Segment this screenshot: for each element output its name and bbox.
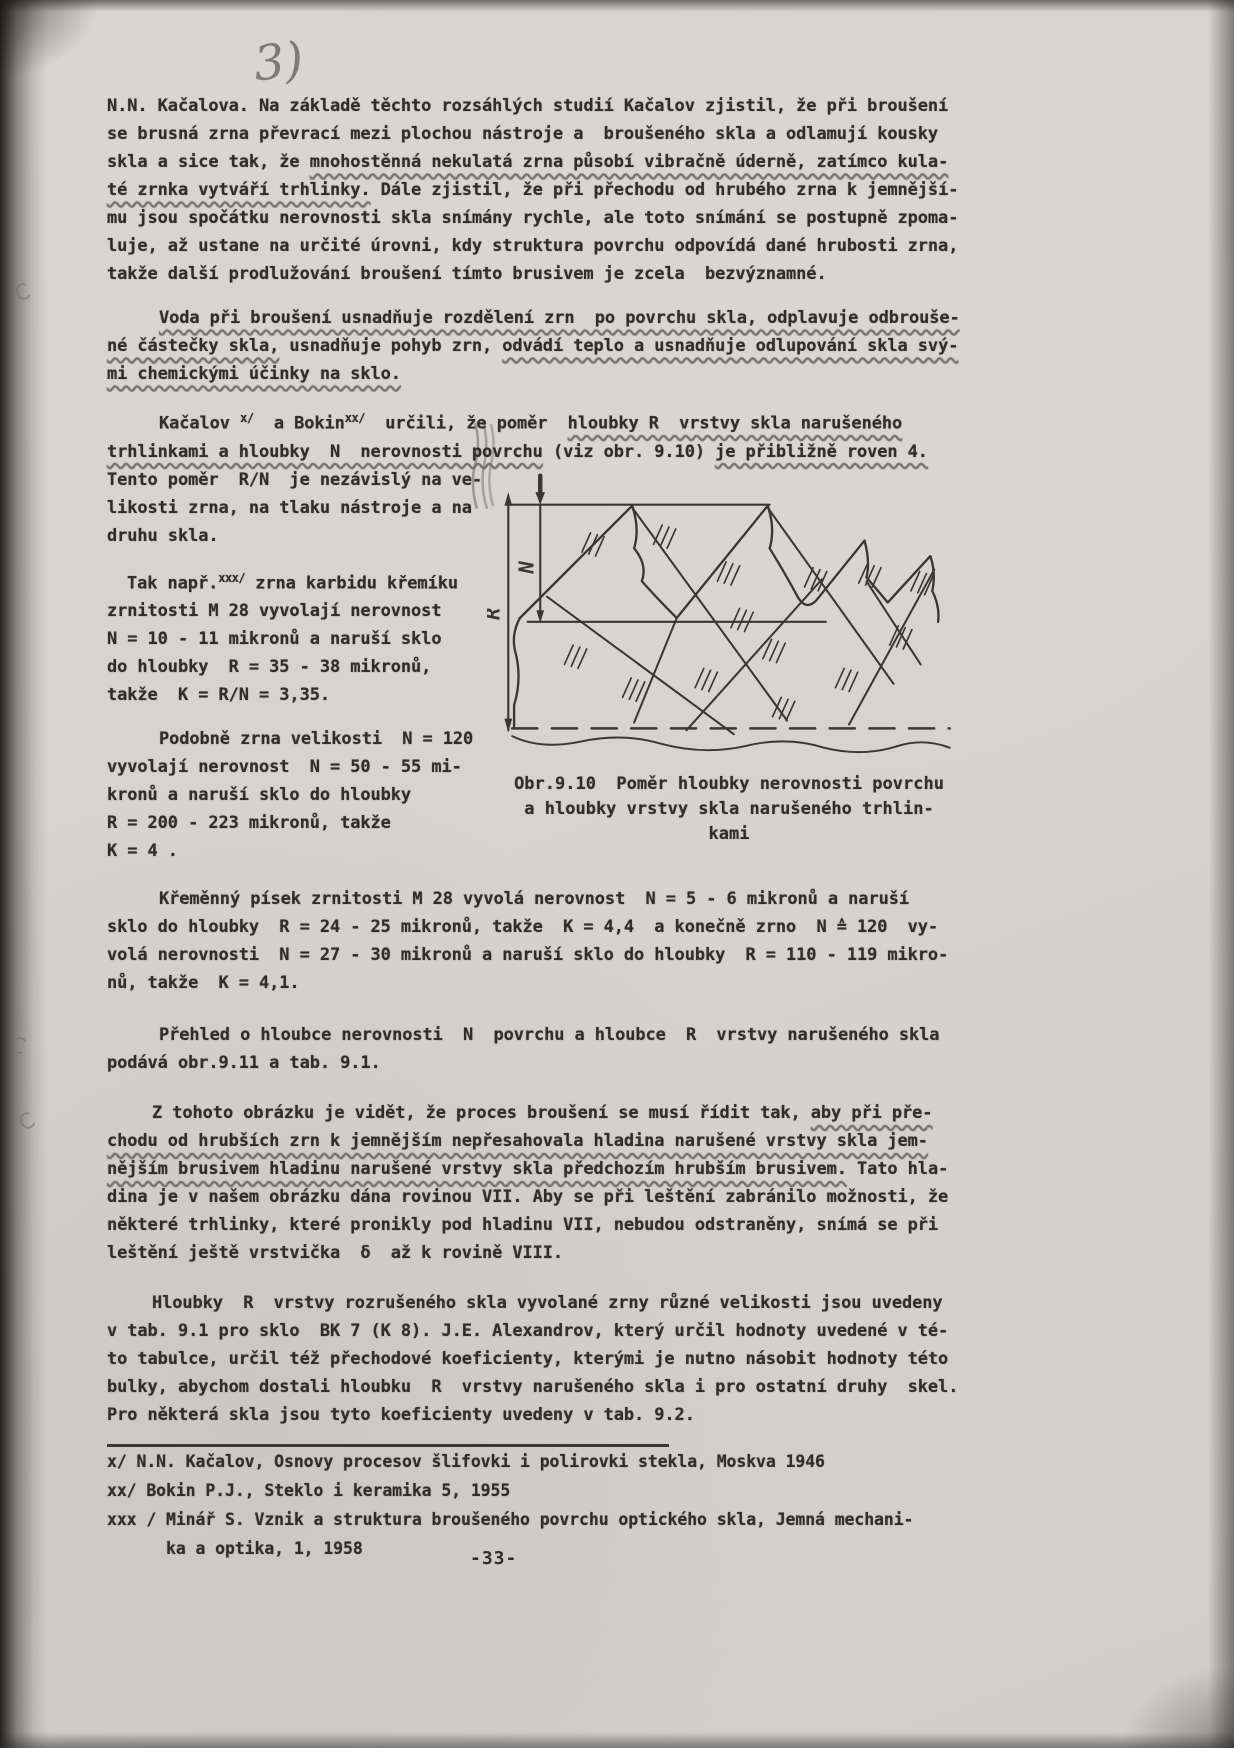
text-segment: vyvolají nerovnost N = 50 - 55 mi- — [107, 757, 462, 777]
figure-caption-line: kami — [487, 822, 971, 847]
text-line: bulky, abychom dostali hloubku R vrstvy … — [107, 1373, 971, 1401]
figure-label-N: N — [514, 560, 538, 574]
paragraph: Hloubky R vrstvy rozrušeného skla vyvola… — [107, 1289, 971, 1429]
text-segment: Dále zjistil, že při přechodu od hrubého… — [371, 180, 959, 200]
text-line: xxx / Minář S. Vznik a struktura broušen… — [107, 1505, 971, 1534]
text-line: té zrnka vytváří trhlinky. Dále zjistil,… — [107, 176, 971, 204]
text-line: sklo do hloubky R = 24 - 25 mikronů, tak… — [107, 913, 971, 941]
text-segment: (viz obr. 9.10) — [543, 442, 715, 462]
surface-profile — [514, 505, 939, 726]
text-line: xx/ Bokin P.J., Steklo i keramika 5, 195… — [107, 1476, 971, 1505]
text-segment: takže K = R/N = 3,35. — [107, 685, 330, 705]
text-segment: N.N. Kačalova. Na základě těchto rozsáhl… — [107, 96, 948, 116]
text-line: ka a optika, 1, 1958 — [107, 1534, 971, 1563]
text-segment: Z tohoto obrázku je vidět, že proces bro… — [152, 1103, 811, 1123]
text-line: Voda při broušení usnadňuje rozdělení zr… — [107, 304, 971, 332]
bottom-wavy-line — [512, 736, 950, 752]
text-line: trhlinkami a hloubky N nerovnosti povrch… — [107, 438, 971, 466]
text-segment: xx/ — [345, 411, 365, 425]
figure-caption-line: a hloubky vrstvy skla narušeného trhlin- — [487, 797, 971, 822]
footnote-paragraph: x/ N.N. Kačalov, Osnovy procesov šlifovk… — [107, 1447, 971, 1563]
underlined-text-segment: je přibližně roven 4. — [715, 442, 928, 462]
text-line: nějším brusivem hladinu narušené vrstvy … — [107, 1155, 971, 1183]
text-segment: se brusná zrna převrací mezi plochou nás… — [107, 124, 938, 144]
page-number: -33- — [470, 1548, 517, 1569]
text-segment: Kačalov — [159, 414, 240, 434]
text-segment: podává obr.9.11 a tab. 9.1. — [107, 1053, 381, 1073]
paragraph: Křeměnný písek zrnitosti M 28 vyvolá ner… — [107, 885, 971, 997]
text-segment: Tato hla- — [847, 1159, 948, 1179]
underlined-text-segment: trhlinkami a hloubky N nerovnosti povrch… — [107, 442, 543, 462]
text-segment: Tento poměr R/N je nezávislý na ve- — [107, 470, 482, 490]
text-line: v tab. 9.1 pro sklo BK 7 (K 8). J.E. Ale… — [107, 1317, 971, 1345]
text-line: to tabulce, určil též přechodové koefici… — [107, 1345, 971, 1373]
text-segment: leštění ještě vrstvička δ až k rovině VI… — [107, 1243, 563, 1263]
text-line: mi chemickými účinky na sklo. — [107, 360, 971, 388]
figure-caption: Obr.9.10 Poměr hloubky nerovnosti povrch… — [487, 772, 971, 847]
text-segment: do hloubky R = 35 - 38 mikronů, — [107, 657, 431, 677]
dimension-lines — [504, 475, 825, 732]
scanned-document-page: 3) N.N. Kačalova. Na základě těchto rozs… — [0, 0, 1234, 1748]
underlined-text-segment: aby při pře- — [811, 1103, 933, 1123]
paragraph: N.N. Kačalova. Na základě těchto rozsáhl… — [107, 92, 971, 288]
underlined-text-segment: odvádí teplo a usnadňuje odlupování skla… — [502, 336, 958, 356]
text-segment: zrna karbidu křemíku — [245, 573, 458, 593]
text-segment: zrnitosti M 28 vyvolají nerovnost — [107, 601, 441, 621]
text-segment: kronů a naruší sklo do hloubky — [107, 785, 411, 805]
text-segment: a Bokin — [254, 414, 345, 434]
text-line: se brusná zrna převrací mezi plochou nás… — [107, 120, 971, 148]
text-segment: Přehled o hloubce nerovnosti N povrchu a… — [159, 1025, 939, 1045]
text-segment: N = 10 - 11 mikronů a naruší sklo — [107, 629, 441, 649]
text-line: N.N. Kačalova. Na základě těchto rozsáhl… — [107, 92, 971, 120]
text-segment: Křeměnný písek zrnitosti M 28 vyvolá ner… — [159, 889, 909, 909]
text-line: Přehled o hloubce nerovnosti N povrchu a… — [107, 1021, 971, 1049]
text-line: skla a sice tak, že mnohostěnná nekulatá… — [107, 148, 971, 176]
text-line: chodu od hrubších zrn k jemnějším nepřes… — [107, 1127, 971, 1155]
page-edge-shadow-right — [1208, 0, 1234, 1748]
text-segment: Podobně zrna velikosti N = 120 — [159, 729, 473, 749]
footnote-separator-rule — [107, 1444, 669, 1447]
text-line: Křeměnný písek zrnitosti M 28 vyvolá ner… — [107, 885, 971, 913]
text-line: takže další prodlužování broušení tímto … — [107, 260, 971, 288]
paragraph: Z tohoto obrázku je vidět, že proces bro… — [107, 1099, 971, 1267]
text-line: leštění ještě vrstvička δ až k rovině VI… — [107, 1239, 971, 1267]
document-body: N.N. Kačalova. Na základě těchto rozsáhl… — [107, 92, 971, 1563]
text-segment: xxx/ — [218, 571, 245, 585]
text-segment: bulky, abychom dostali hloubku R vrstvy … — [107, 1377, 958, 1397]
figure-9-10: R N — [487, 472, 971, 847]
text-line: luje, až ustane na určité úrovni, kdy st… — [107, 232, 971, 260]
text-line: Hloubky R vrstvy rozrušeného skla vyvola… — [107, 1289, 971, 1317]
text-segment: nů, takže K = 4,1. — [107, 973, 300, 993]
text-line: dina je v našem obrázku dána rovinou VII… — [107, 1183, 971, 1211]
text-segment: x/ N.N. Kačalov, Osnovy procesov šlifovk… — [107, 1452, 825, 1471]
page-edge-shadow-top — [0, 0, 1234, 12]
text-segment: určili, že poměr — [365, 414, 568, 434]
page-edge-shadow-left — [0, 0, 48, 1748]
text-segment: R = 200 - 223 mikronů, takže — [107, 813, 391, 833]
text-segment: některé trhlinky, které pronikly pod hla… — [107, 1215, 938, 1235]
page-corner-shadow-bottom-right — [1054, 1608, 1234, 1748]
text-segment: druhu skla. — [107, 526, 218, 546]
paragraph: Voda při broušení usnadňuje rozdělení zr… — [107, 304, 971, 388]
text-line: nů, takže K = 4,1. — [107, 969, 971, 997]
handwritten-annotation: 3) — [251, 32, 306, 93]
figure-caption-line: Obr.9.10 Poměr hloubky nerovnosti povrch… — [487, 772, 971, 797]
underlined-text-segment: té zrnka vytváří trhlinky. — [107, 180, 371, 200]
text-line: podává obr.9.11 a tab. 9.1. — [107, 1049, 971, 1077]
text-segment: dina je v našem obrázku dána rovinou VII… — [107, 1187, 948, 1207]
text-line: volá nerovnosti N = 27 - 30 mikronů a na… — [107, 941, 971, 969]
text-segment: ka a optika, 1, 1958 — [107, 1539, 363, 1558]
text-segment: to tabulce, určil též přechodové koefici… — [107, 1349, 948, 1369]
text-segment: likosti zrna, na tlaku nástroje a na — [107, 498, 472, 518]
text-segment: volá nerovnosti N = 27 - 30 mikronů a na… — [107, 945, 948, 965]
text-segment: mu jsou spočátku nerovnosti skla snímány… — [107, 208, 958, 228]
text-segment: Tak např. — [127, 573, 218, 593]
surface-profile-drawing: R N — [487, 472, 971, 764]
text-segment: sklo do hloubky R = 24 - 25 mikronů, tak… — [107, 917, 938, 937]
text-line: Pro některá skla jsou tyto koeficienty u… — [107, 1401, 971, 1429]
underlined-text-segment: nějším brusivem hladinu narušené vrstvy … — [107, 1159, 847, 1179]
underlined-text-segment: mi chemickými účinky na sklo. — [107, 364, 401, 384]
text-segment: v tab. 9.1 pro sklo BK 7 (K 8). J.E. Ale… — [107, 1321, 948, 1341]
text-segment: x/ — [240, 411, 253, 425]
text-line: mu jsou spočátku nerovnosti skla snímány… — [107, 204, 971, 232]
text-line: Z tohoto obrázku je vidět, že proces bro… — [107, 1099, 971, 1127]
text-segment: takže další prodlužování broušení tímto … — [107, 264, 827, 284]
underlined-text-segment: Voda při broušení usnadňuje rozdělení zr… — [159, 308, 960, 328]
text-line: x/ N.N. Kačalov, Osnovy procesov šlifovk… — [107, 1447, 971, 1476]
text-segment: luje, až ustane na určité úrovni, kdy st… — [107, 236, 958, 256]
paragraph: Kačalov x/ a Bokinxx/ určili, že poměr h… — [107, 404, 971, 466]
text-segment: usnadňuje pohyb zrn, — [279, 336, 502, 356]
text-line: né částečky skla, usnadňuje pohyb zrn, o… — [107, 332, 971, 360]
paragraph: Přehled o hloubce nerovnosti N povrchu a… — [107, 1021, 971, 1077]
page-edge-shadow-bottom — [0, 1732, 1234, 1748]
underlined-text-segment: né částečky skla, — [107, 336, 279, 356]
text-segment: Pro některá skla jsou tyto koeficienty u… — [107, 1405, 695, 1425]
figure-label-R: R — [487, 607, 505, 619]
text-line: Kačalov x/ a Bokinxx/ určili, že poměr h… — [107, 404, 971, 438]
text-segment: xx/ Bokin P.J., Steklo i keramika 5, 195… — [107, 1481, 510, 1500]
text-segment: K = 4 . — [107, 841, 178, 861]
footnotes-section: x/ N.N. Kačalov, Osnovy procesov šlifovk… — [107, 1447, 971, 1563]
underlined-text-segment: hloubky R vrstvy skla narušeného — [568, 414, 902, 434]
text-segment: xxx / Minář S. Vznik a struktura broušen… — [107, 1510, 913, 1529]
text-segment: Hloubky R vrstvy rozrušeného skla vyvola… — [152, 1293, 943, 1313]
underlined-text-segment: mnohostěnná nekulatá zrna působí vibračn… — [310, 152, 949, 172]
text-segment: skla a sice tak, že — [107, 152, 310, 172]
underlined-text-segment: chodu od hrubších zrn k jemnějším nepřes… — [107, 1131, 928, 1151]
text-line: některé trhlinky, které pronikly pod hla… — [107, 1211, 971, 1239]
